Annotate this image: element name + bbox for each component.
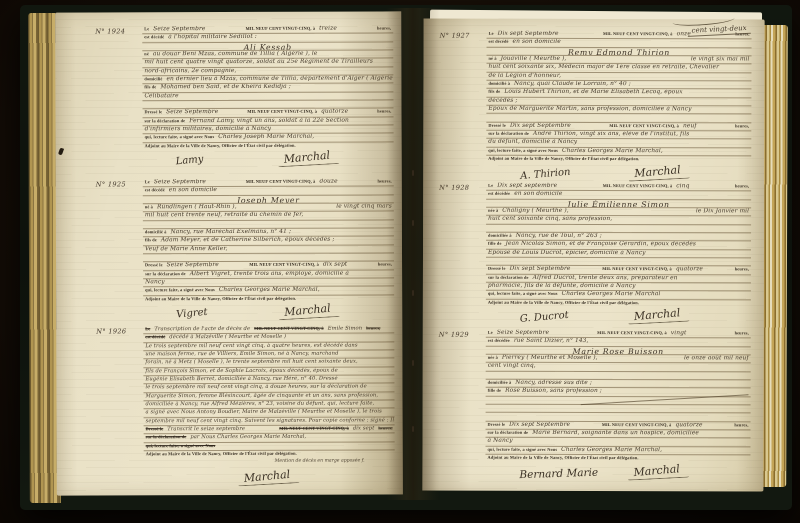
- printed-text: Adjoint au Maire de la Ville de Nancy, O…: [486, 156, 641, 161]
- left-page-entries: N° 1924LeSeize SeptembreMIL NEUF CENT VI…: [55, 11, 403, 495]
- entry-body: LeDix sept SeptembreMIL NEUF CENT VINGT-…: [486, 31, 751, 191]
- printed-text: qui, lecture faite, a signé avec Nous: [143, 288, 217, 293]
- handwritten-text: Dix sept Septembre: [508, 266, 573, 272]
- entry-number: N° 1926: [96, 327, 141, 335]
- handwritten-text: Pierrey ( Meurthe et Moselle ),: [500, 355, 600, 361]
- handwritten-text: cent vingt cinq,: [486, 363, 538, 369]
- handwritten-text: Marie Bernard, soignante dans un hospice…: [530, 430, 701, 436]
- handwritten-text: Nancy, quai Claude le Lorrain, n° 40 ;: [512, 81, 633, 87]
- rule-fill: [143, 220, 394, 221]
- handwritten-text: le trois septembre mil neuf cent vingt c…: [143, 384, 368, 391]
- signature-row: LamyMarchal: [143, 150, 394, 178]
- death-record-entry: N° 1927LeDix sept SeptembreMIL NEUF CENT…: [439, 31, 751, 191]
- handwritten-text: nord-africains, 2e compagnie,: [142, 68, 238, 74]
- rule-fill: [515, 442, 751, 443]
- printed-text: né à: [487, 56, 499, 61]
- handwritten-text: par Nous Charles Georges Marie Marchal,: [188, 434, 308, 440]
- handwritten-text: Marguerite Simon, femme Blésincourt, âgé…: [143, 392, 380, 399]
- printed-text: sur la déclaration de: [486, 430, 531, 435]
- signature: Bernard Marie: [520, 466, 599, 481]
- printed-text: MIL NEUF CENT VINGT-CINQ, à: [247, 262, 321, 267]
- handwritten-text: en son domicile: [512, 191, 564, 197]
- printed-text: Le: [142, 26, 151, 31]
- handwritten-text: quatorze: [319, 109, 350, 115]
- printed-text: heures,: [733, 267, 751, 272]
- left-page: N° 1924LeSeize SeptembreMIL NEUF CENT VI…: [55, 11, 403, 495]
- printed-text: est décédée: [486, 338, 512, 343]
- entry-body: LeSeize SeptembreMIL NEUF CENT VINGT-CIN…: [485, 330, 750, 490]
- printed-text: née à: [486, 355, 500, 360]
- signature: Marchal: [244, 467, 291, 484]
- rule-fill: [219, 191, 394, 192]
- handwritten-text: le Dix Janvier mil: [694, 208, 751, 214]
- handwritten-text: d'infirmiers militaires, domicilié à Nan…: [143, 126, 273, 132]
- signature: G. Ducrot: [520, 310, 570, 325]
- rule-fill: [486, 413, 751, 414]
- rule-fill: [486, 258, 751, 259]
- handwritten-text: Ründlingen ( Haut-Rhin ),: [155, 204, 239, 210]
- printed-text: heures,: [733, 183, 751, 188]
- printed-text: qui, lecture faite, a signé avec Nous: [485, 447, 559, 452]
- handwritten-text: quatorze: [673, 422, 704, 428]
- printed-text-struck: heures,: [376, 426, 394, 431]
- signature: Marchal: [283, 149, 330, 166]
- printed-text: Le: [486, 330, 495, 335]
- printed-text: domiciliée à: [486, 233, 514, 238]
- printed-text: Le: [143, 179, 152, 184]
- rule-fill: [486, 405, 751, 406]
- handwritten-text: à Nancy: [486, 438, 515, 444]
- printed-text: sur la déclaration de: [486, 274, 531, 279]
- printed-text-struck: Le: [143, 326, 152, 331]
- signature: Marchal: [283, 302, 330, 319]
- printed-text: heures,: [376, 178, 394, 183]
- printed-text: fils de: [143, 238, 159, 243]
- printed-text: Dressé le: [486, 123, 508, 128]
- rule-fill: [167, 283, 394, 284]
- handwritten-text: douze: [317, 179, 339, 185]
- printed-text-struck: est décédé: [143, 335, 167, 340]
- entry-number: N° 1925: [96, 180, 141, 188]
- printed-text-struck: heures,: [364, 325, 382, 330]
- printed-text: Dressé le: [142, 110, 164, 115]
- handwritten-text: pharmacie, fils de la défunte, domicilié…: [486, 283, 638, 289]
- signature: Vigret: [175, 307, 207, 321]
- handwritten-text: une maison ferme, rue de Villiers, Émile…: [143, 351, 340, 358]
- printed-text: né à: [143, 204, 155, 209]
- handwritten-text: en son domicile: [511, 39, 563, 45]
- handwritten-text: Charles Georges Marie Marchal,: [560, 148, 665, 154]
- printed-text: né: [142, 51, 151, 56]
- entry-body: LeTranscription de l'acte de décès deMIL…: [143, 325, 395, 494]
- handwritten-text: rue Saint Dizier, n° 143,: [512, 338, 591, 344]
- handwritten-text: quatorze: [674, 267, 705, 273]
- printed-text: fils de: [142, 85, 158, 90]
- handwritten-text: Transcrit le seize septembre: [165, 426, 247, 432]
- printed-text: MIL NEUF CENT VINGT-CINQ, à: [600, 266, 674, 271]
- printed-text: Dressé le: [486, 266, 508, 271]
- handwritten-text: Dix sept Septembre: [508, 123, 573, 129]
- handwritten-text: Épouse de Louis Ducrot, épicier, domicil…: [486, 249, 648, 255]
- handwritten-text: Louis Hubert Thirion, et de Marie Elisab…: [502, 89, 684, 95]
- signature: Marchal: [633, 462, 680, 479]
- printed-text: MIL NEUF CENT VINGT-CINQ, à: [601, 183, 675, 188]
- printed-text: sur la déclaration de: [143, 118, 188, 123]
- handwritten-text: fils de François Simon, et de Sophie Lac…: [143, 367, 339, 374]
- rule-fill: [142, 101, 393, 102]
- handwritten-text: Rose Buisson, sans profession ;: [503, 388, 604, 394]
- rule-fill: [519, 102, 751, 103]
- handwritten-text: au douar Beni Mzas, commune de Tillia ( …: [151, 51, 320, 58]
- handwritten-text: Dix sept Septembre: [507, 422, 572, 428]
- death-record-entry: N° 1928LeDix sept septembreMIL NEUF CENT…: [439, 183, 751, 335]
- printed-text: Dressé le: [143, 263, 165, 268]
- printed-text-struck: Dressé le: [144, 426, 166, 431]
- right-page: N° 1927LeDix sept SeptembreMIL NEUF CENT…: [422, 19, 764, 492]
- printed-text: heures,: [376, 262, 394, 267]
- handwritten-text: Chaligny ( Meurthe ),: [500, 208, 570, 214]
- signature: Lamy: [175, 154, 204, 167]
- register-book: N° 1924LeSeize SeptembreMIL NEUF CENT VI…: [0, 0, 800, 523]
- printed-text: MIL NEUF CENT VINGT-CINQ, à: [244, 179, 318, 184]
- rule-fill: [238, 71, 393, 72]
- printed-text: Adjoint au Maire de la Ville de Nancy, O…: [143, 143, 298, 149]
- signature-row: Bernard MarieMarchal: [485, 462, 750, 490]
- handwritten-text: vingt: [669, 330, 689, 336]
- handwritten-text: mil huit cent quatre vingt quatorze, sol…: [142, 59, 375, 66]
- signature-row: Marchal: [144, 467, 395, 495]
- printed-text: sur la déclaration de: [486, 131, 531, 136]
- printed-text: Dressé le: [486, 421, 508, 426]
- printed-text-struck: MIL NEUF CENT VINGT-CINQ, à: [252, 326, 326, 331]
- handwritten-text: Époux de Marguerite Martin, sans profess…: [486, 106, 693, 113]
- rule-fill: [230, 249, 394, 250]
- printed-text: Le: [486, 183, 495, 188]
- handwritten-text: Seize Septembre: [151, 26, 207, 32]
- printed-text: MIL NEUF CENT VINGT-CINQ, à: [244, 26, 318, 31]
- printed-text: MIL NEUF CENT VINGT-CINQ, à: [607, 123, 681, 128]
- printed-text: heures,: [375, 25, 393, 30]
- printed-text: est décédé: [487, 39, 511, 44]
- printed-text: qui, lecture faite, a signé avec Nous: [486, 291, 560, 296]
- handwritten-text: a signé avec Nous Antony Boudier, Maire …: [144, 409, 384, 416]
- handwritten-text: Émile Simon: [326, 326, 364, 332]
- entry-body: LeSeize SeptembreMIL NEUF CENT VINGT-CIN…: [142, 25, 394, 177]
- printed-text: MIL NEUF CENT VINGT-CINQ, à: [595, 330, 669, 335]
- printed-text: Adjoint au Maire de la Ville de Nancy, O…: [486, 300, 641, 305]
- handwritten-text: en son domicile: [167, 187, 219, 193]
- page-number-annotation: cent vingt-deux: [633, 19, 761, 45]
- handwritten-text: dix sept: [321, 262, 349, 268]
- handwritten-text: décédé à Malzéville ( Meurthe et Moselle…: [167, 334, 288, 340]
- signature: Marchal: [634, 163, 681, 180]
- handwritten-text: Mohamed ben Saïd, et de Kheira Kedidja ;: [158, 84, 292, 90]
- page-number-text: cent vingt-deux: [687, 24, 750, 37]
- entry-body: LeSeize SeptembreMIL NEUF CENT VINGT-CIN…: [143, 178, 395, 330]
- printed-text: Le: [487, 31, 496, 36]
- handwritten-text: neuf: [681, 123, 699, 129]
- printed-text: Adjoint au Maire de la Ville de Nancy, O…: [143, 296, 298, 302]
- printed-text: MIL NEUF CENT VINGT-CINQ, à: [245, 109, 319, 114]
- handwritten-text: treize: [317, 26, 339, 32]
- printed-text: est décédée: [486, 191, 512, 196]
- signature: Marchal: [634, 306, 681, 323]
- handwritten-text: de la Légion d'honneur,: [486, 72, 563, 78]
- rule-fill: [217, 446, 394, 447]
- printed-text: heures,: [732, 422, 750, 427]
- entry-body: LeDix sept septembreMIL NEUF CENT VINGT-…: [486, 183, 751, 335]
- printed-text: MIL NEUF CENT VINGT-CINQ, à: [600, 422, 674, 427]
- death-record-entry: N° 1925LeSeize SeptembreMIL NEUF CENT VI…: [96, 178, 395, 330]
- entry-number: N° 1924: [95, 27, 140, 35]
- printed-text: Adjoint au Maire de la Ville de Nancy, O…: [485, 455, 640, 460]
- handwritten-text: décédés ;: [486, 97, 519, 103]
- handwritten-text: dix sept: [351, 426, 377, 432]
- entry-number: N° 1927: [440, 32, 485, 40]
- printed-text-struck: sur la déclaration de: [144, 435, 189, 440]
- printed-text: née à: [486, 208, 500, 213]
- handwritten-text: Albert Vigret, trente trois ans, employé…: [188, 270, 351, 277]
- handwritten-text: mil huit cent trente neuf, retraité du c…: [143, 212, 306, 219]
- handwritten-text: domiciliée à Nancy, rue Alfred Mézières,…: [144, 401, 377, 408]
- handwritten-text: le vingt six mai mil: [689, 56, 752, 62]
- printed-text: heures,: [733, 123, 751, 128]
- handwritten-text: Eugénie Elisabeth Berret, domiciliée à N…: [143, 376, 339, 383]
- printed-text: qui, lecture faite, a signé avec Nous: [486, 148, 560, 153]
- printed-text: est décédé: [142, 35, 166, 40]
- handwritten-text: Seize Septembre: [495, 330, 551, 336]
- printed-text: fils de: [486, 89, 502, 94]
- handwritten-text: Charles Georges Marie Marchal: [560, 291, 663, 297]
- handwritten-text: le onze août mil neuf: [682, 355, 751, 361]
- handwritten-text: Seize Septembre: [165, 262, 221, 268]
- handwritten-text: Nancy, adresse sus dite ;: [513, 380, 594, 386]
- handwritten-text: le vingt cinq mars: [334, 203, 394, 209]
- rule-fill: [486, 371, 751, 372]
- entry-number: N° 1928: [439, 184, 484, 192]
- rule-fill: [486, 396, 751, 397]
- printed-text: domiciliée à: [486, 380, 514, 385]
- photo-background: N° 1924LeSeize SeptembreMIL NEUF CENT VI…: [0, 0, 800, 523]
- death-record-entry: N° 1929LeSeize SeptembreMIL NEUF CENT VI…: [438, 330, 750, 490]
- handwritten-text: à l'hôpital militaire Sédillot :: [166, 34, 259, 40]
- printed-text: domicilié à: [486, 81, 512, 86]
- handwritten-text: Alfred Ducrot, trente deux ans, préparat…: [531, 275, 680, 281]
- printed-text: fille de: [486, 388, 504, 393]
- handwritten-text: en dernier lieu à Mzas, commune de Tilli…: [164, 75, 393, 82]
- printed-text: domicilié à: [143, 229, 169, 234]
- printed-text: domicilié: [142, 76, 164, 81]
- handwritten-text: Seize Septembre: [152, 179, 208, 185]
- handwritten-text: Le trois septembre mil neuf cent vingt c…: [143, 342, 359, 349]
- right-page-entries: N° 1927LeDix sept SeptembreMIL NEUF CENT…: [422, 19, 764, 492]
- printed-text: sur la déclaration de: [143, 271, 188, 276]
- handwritten-text: Seize Septembre: [164, 109, 220, 115]
- entry-number: N° 1929: [439, 331, 484, 339]
- handwritten-text: Charles Georges Marie Marchal,: [217, 287, 322, 293]
- handwritten-text: Nancy, rue de Toul, n° 263 ;: [514, 233, 604, 239]
- handwritten-text: huit cent soixante cinq, sans profession…: [486, 216, 614, 222]
- printed-text: est décédé: [143, 188, 167, 193]
- printed-text: qui, lecture faite, a signé avec Nous: [143, 135, 217, 140]
- handwritten-text: Fernand Lamy, vingt un ans, soldat à la …: [187, 117, 351, 124]
- handwritten-text: Adam Meyer, et de Catherine Silberich, é…: [159, 237, 337, 244]
- death-record-entry: N° 1926LeTranscription de l'acte de décè…: [96, 325, 395, 495]
- handwritten-text: du défunt, domicilié à Nancy: [486, 139, 579, 145]
- handwritten-text: Célibataire: [142, 93, 180, 99]
- handwritten-text: forain, né à Metz ( Moselle ), le trente…: [143, 359, 359, 366]
- handwritten-text: huit cent soixante six, Médecin major de…: [486, 64, 721, 71]
- rule-fill: [538, 367, 751, 368]
- handwritten-text: Charles Georges Marie Marchal,: [559, 447, 664, 453]
- handwritten-text: Jean Nicolas Simon, et de Françoise Géra…: [504, 241, 699, 248]
- rule-fill: [143, 254, 394, 255]
- printed-text: heures,: [375, 109, 393, 114]
- rule-fill: [486, 224, 751, 225]
- handwritten-text: Dix sept Septembre: [496, 31, 561, 37]
- handwritten-text: Nancy, rue Maréchal Exelmans, n° 41 ;: [169, 229, 294, 235]
- printed-text-struck: qui, lecture faite, a signé avec Nous: [144, 443, 218, 448]
- handwritten-text: Transcription de l'acte de décès de: [152, 326, 252, 332]
- handwritten-text: André Thirion, vingt six ans, élève de l…: [531, 131, 691, 137]
- printed-text: Adjoint au Maire de la Ville de Nancy, O…: [144, 451, 299, 457]
- handwritten-text: Charles Joseph Marie Marchal,: [216, 134, 316, 140]
- handwritten-text: Jouaville ( Meurthe ),: [499, 56, 569, 62]
- signature: A. Thirion: [520, 166, 571, 181]
- death-record-entry: N° 1924LeSeize SeptembreMIL NEUF CENT VI…: [95, 25, 394, 177]
- handwritten-text: septembre mil neuf cent vingt cinq. Suiv…: [144, 417, 395, 424]
- handwritten-text: Veuf de Marie Anne Keller,: [143, 246, 230, 252]
- handwritten-text: cinq: [674, 183, 691, 189]
- printed-text-struck: MIL NEUF CENT VINGT-CINQ, à: [277, 426, 351, 431]
- handwritten-text: Dix sept septembre: [495, 183, 559, 189]
- handwritten-text: Nancy: [143, 279, 167, 285]
- printed-text: fille de: [486, 241, 504, 246]
- rule-fill: [486, 114, 751, 115]
- printed-text: heures,: [733, 330, 751, 335]
- rule-fill: [181, 96, 394, 97]
